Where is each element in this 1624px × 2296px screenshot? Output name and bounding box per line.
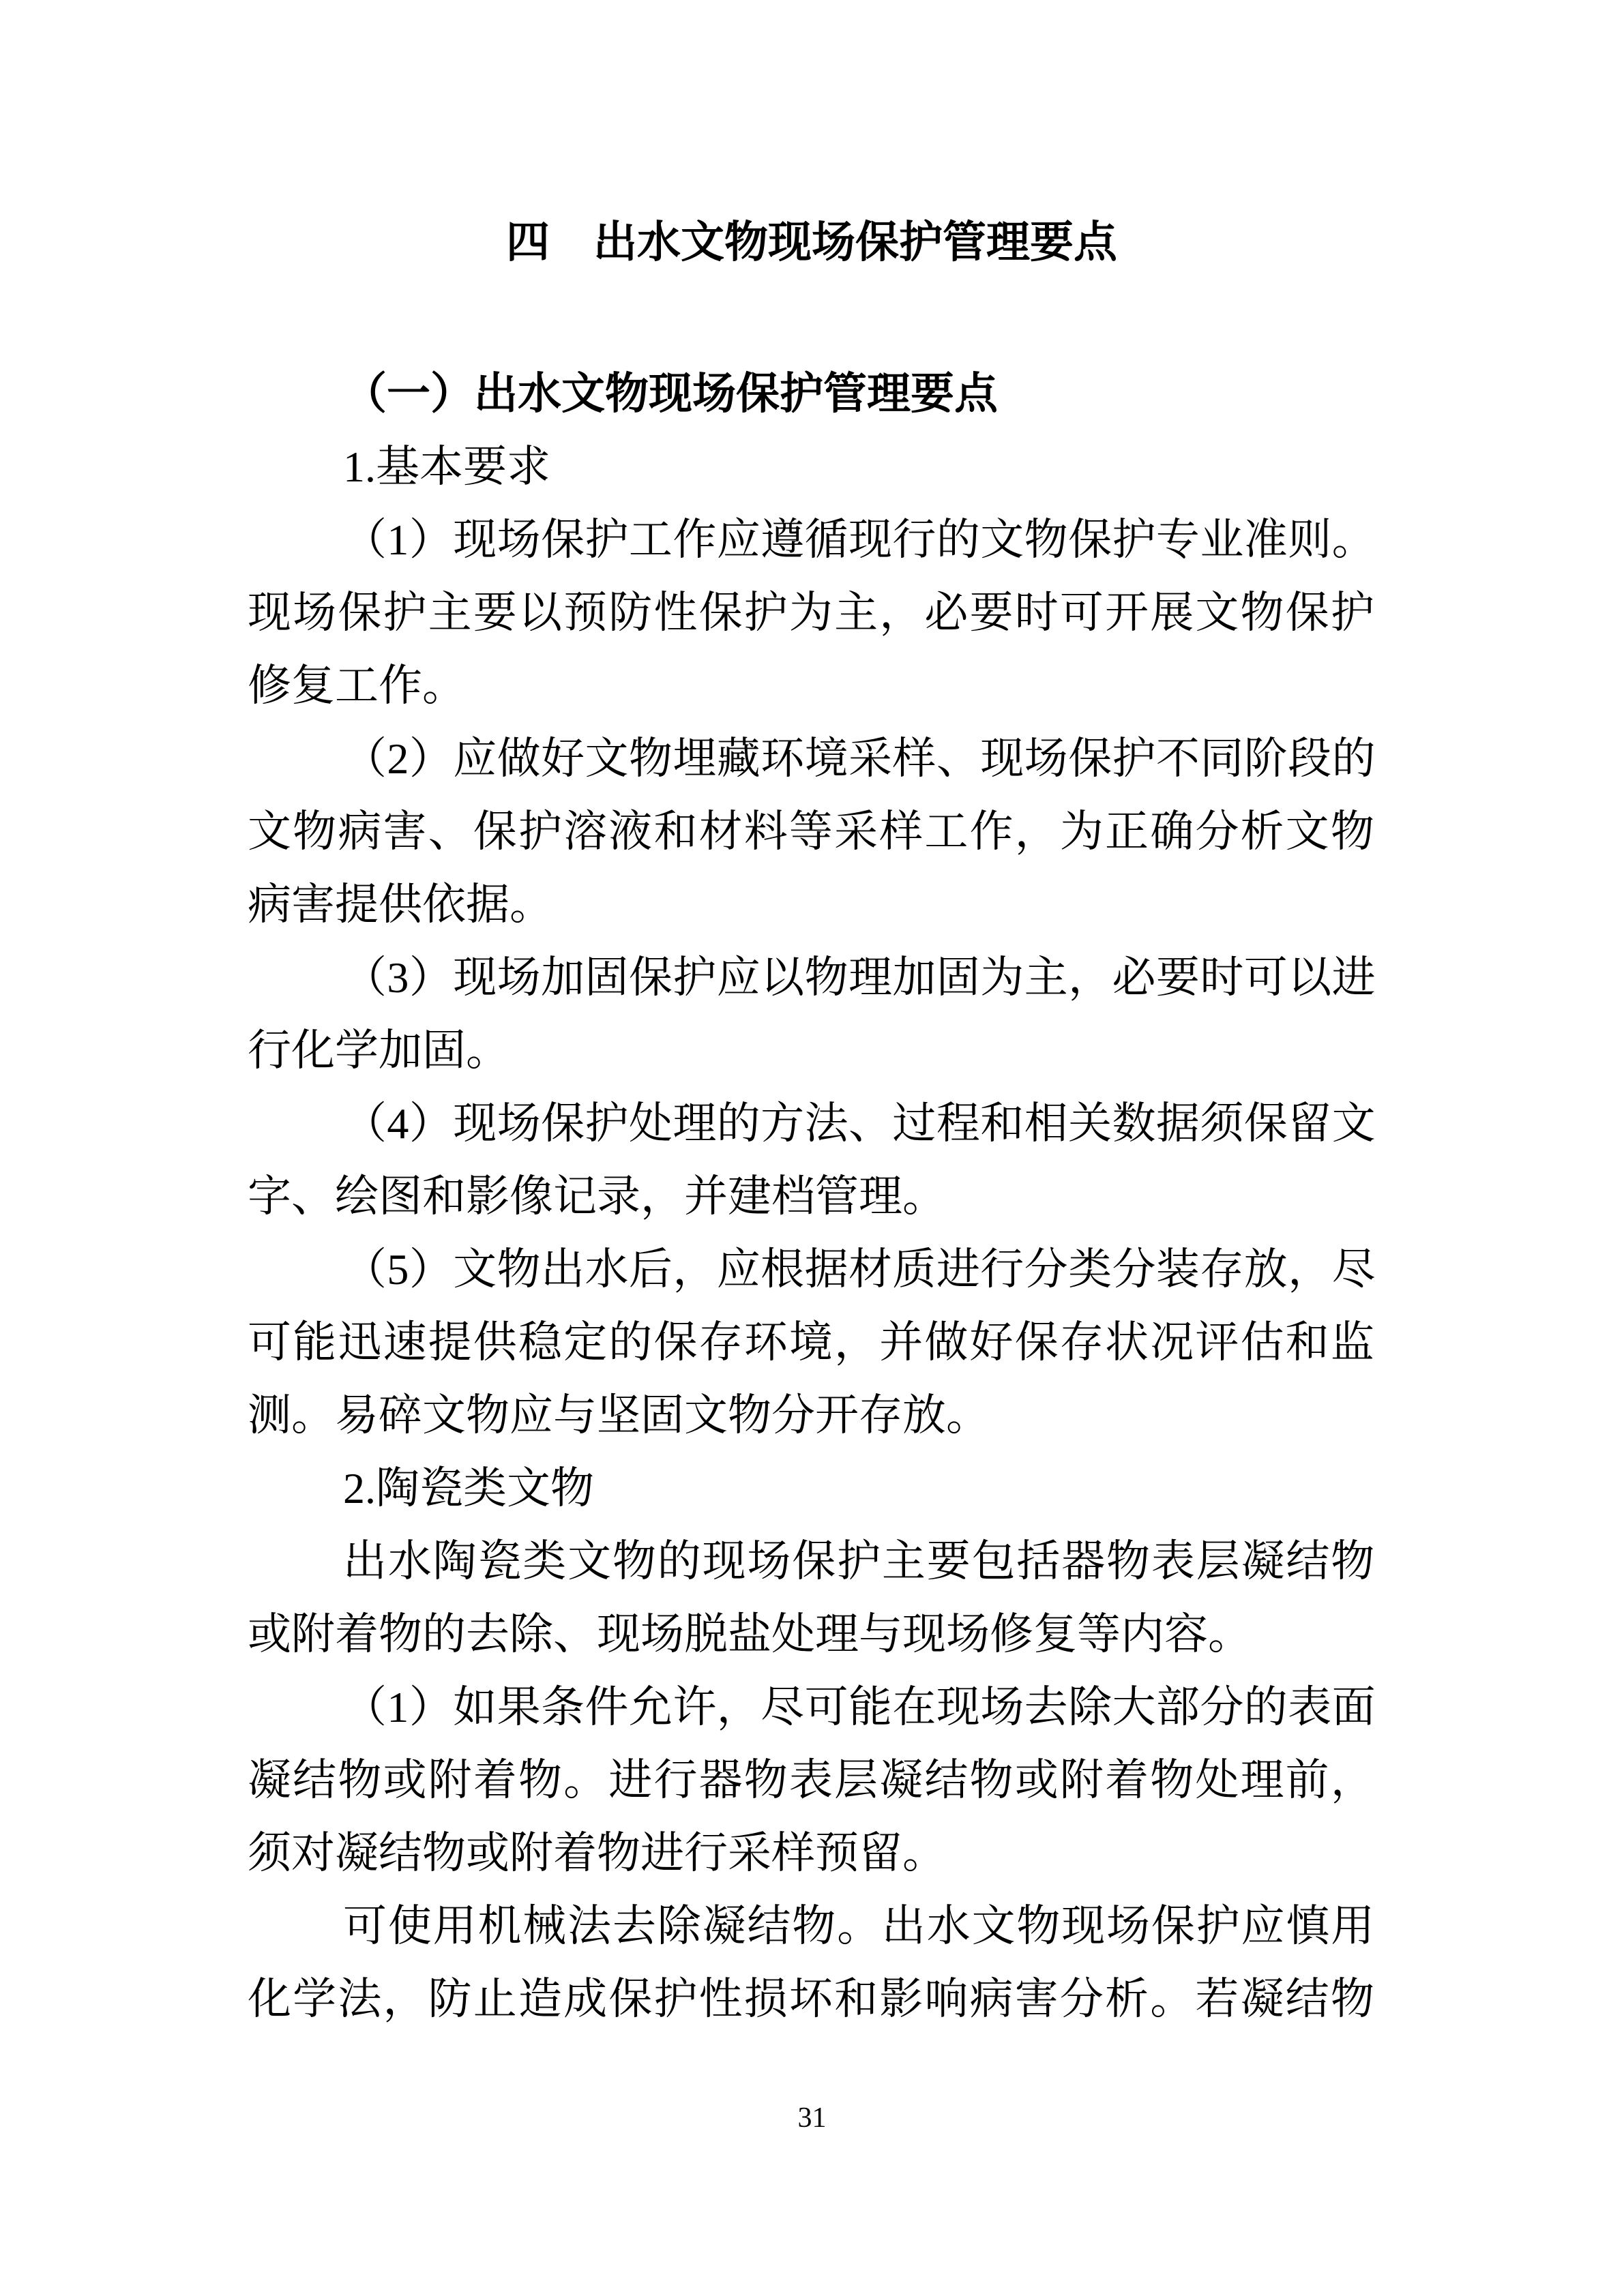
text-line-content: 修复工作。 <box>248 661 466 710</box>
text-line: （4）现场保护处理的方法、过程和相关数据须保留文 <box>248 1087 1376 1160</box>
text-line: 可使用机械法去除凝结物。出水文物现场保护应慎用 <box>248 1890 1376 1963</box>
text-line-content: 化学法，防止造成保护性损坏和影响病害分析。若凝结物 <box>248 1975 1376 2023</box>
page-number: 31 <box>0 2100 1624 2136</box>
text-line-content: 测。易碎文物应与坚固文物分开存放。 <box>248 1391 990 1440</box>
text-line: （5）文物出水后，应根据材质进行分类分装存放，尽 <box>248 1233 1376 1306</box>
text-line-content: 可能迅速提供稳定的保存环境，并做好保存状况评估和监 <box>248 1318 1376 1367</box>
text-line: （2）应做好文物埋藏环境采样、现场保护不同阶段的 <box>248 722 1376 795</box>
text-line: （1）如果条件允许，尽可能在现场去除大部分的表面 <box>248 1671 1376 1744</box>
text-line: 可能迅速提供稳定的保存环境，并做好保存状况评估和监 <box>248 1306 1376 1379</box>
text-line: 文物病害、保护溶液和材料等采样工作，为正确分析文物 <box>248 795 1376 868</box>
text-line-content: 1.基本要求 <box>343 443 550 491</box>
text-line: 2.陶瓷类文物 <box>248 1452 1376 1525</box>
text-line-content: 文物病害、保护溶液和材料等采样工作，为正确分析文物 <box>248 807 1376 856</box>
text-line: 行化学加固。 <box>248 1014 1376 1087</box>
text-line: 修复工作。 <box>248 649 1376 722</box>
text-line-content: 字、绘图和影像记录，并建档管理。 <box>248 1172 946 1221</box>
text-line: 测。易碎文物应与坚固文物分开存放。 <box>248 1379 1376 1452</box>
text-line-content: （4）现场保护处理的方法、过程和相关数据须保留文 <box>343 1099 1376 1148</box>
text-line-content: 2.陶瓷类文物 <box>343 1464 594 1512</box>
text-line-content: （5）文物出水后，应根据材质进行分类分装存放，尽 <box>343 1245 1376 1294</box>
text-line-content: 出水陶瓷类文物的现场保护主要包括器物表层凝结物 <box>343 1537 1376 1585</box>
text-line: （一）出水文物现场保护管理要点 <box>248 357 1376 430</box>
text-line-content: 须对凝结物或附着物进行采样预留。 <box>248 1829 946 1877</box>
text-line-content: （1）如果条件允许，尽可能在现场去除大部分的表面 <box>343 1683 1376 1731</box>
text-line-content: 现场保护主要以预防性保护为主，必要时可开展文物保护 <box>248 588 1376 637</box>
text-line-content: 病害提供依据。 <box>248 880 553 929</box>
text-line: 1.基本要求 <box>248 430 1376 503</box>
text-line: （1）现场保护工作应遵循现行的文物保护专业准则。 <box>248 503 1376 576</box>
document-page: 四 出水文物现场保护管理要点 （一）出水文物现场保护管理要点1.基本要求（1）现… <box>0 0 1624 2296</box>
text-line: 凝结物或附着物。进行器物表层凝结物或附着物处理前， <box>248 1744 1376 1817</box>
text-line-content: （2）应做好文物埋藏环境采样、现场保护不同阶段的 <box>343 734 1376 783</box>
text-line: 病害提供依据。 <box>248 868 1376 941</box>
text-line-content: 凝结物或附着物。进行器物表层凝结物或附着物处理前， <box>248 1756 1376 1804</box>
text-line-content: （3）现场加固保护应以物理加固为主，必要时可以进 <box>343 953 1376 1002</box>
text-line-content: 或附着物的去除、现场脱盐处理与现场修复等内容。 <box>248 1610 1252 1658</box>
body-text: （一）出水文物现场保护管理要点1.基本要求（1）现场保护工作应遵循现行的文物保护… <box>248 357 1376 2036</box>
text-line: 或附着物的去除、现场脱盐处理与现场修复等内容。 <box>248 1598 1376 1671</box>
text-line-content: （一）出水文物现场保护管理要点 <box>343 370 998 418</box>
text-line: 现场保护主要以预防性保护为主，必要时可开展文物保护 <box>248 576 1376 649</box>
text-line-content: （1）现场保护工作应遵循现行的文物保护专业准则。 <box>343 516 1376 564</box>
text-line: 化学法，防止造成保护性损坏和影响病害分析。若凝结物 <box>248 1963 1376 2036</box>
text-line-content: 行化学加固。 <box>248 1026 510 1075</box>
page-title: 四 出水文物现场保护管理要点 <box>248 211 1376 273</box>
text-line: （3）现场加固保护应以物理加固为主，必要时可以进 <box>248 941 1376 1014</box>
text-line: 出水陶瓷类文物的现场保护主要包括器物表层凝结物 <box>248 1525 1376 1598</box>
text-line-content: 可使用机械法去除凝结物。出水文物现场保护应慎用 <box>343 1902 1376 1950</box>
text-line: 须对凝结物或附着物进行采样预留。 <box>248 1817 1376 1890</box>
text-line: 字、绘图和影像记录，并建档管理。 <box>248 1160 1376 1233</box>
